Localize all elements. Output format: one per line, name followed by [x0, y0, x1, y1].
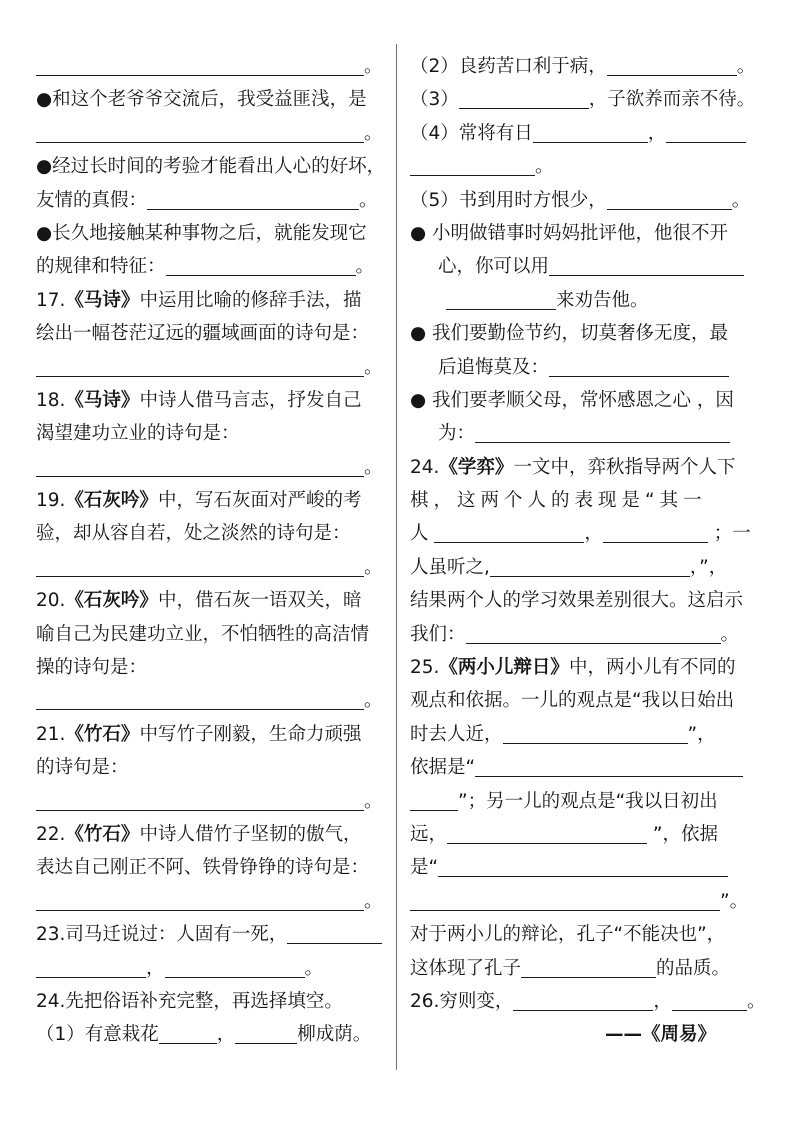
text-run: 喻自己为民建功立业，不怕牺牲的高洁情 [36, 624, 369, 645]
text-line: 。 [36, 351, 390, 384]
text-run: 。 [535, 156, 554, 177]
text-run: 。 [359, 190, 378, 211]
fill-in-blank [603, 540, 708, 543]
text-run: 。 [737, 56, 756, 77]
text-run: 来劝告他。 [556, 290, 649, 311]
fill-in-blank [36, 707, 364, 710]
text-run: 人 [410, 523, 434, 544]
fill-in-blank [36, 374, 364, 377]
text-run: 25. [410, 657, 439, 678]
text-run: 依据是“ [410, 757, 475, 778]
right-column: （2）良药苦口利于病，。（3），子欲养而亲不待。（4）常将有日，。（5）书到用时… [410, 50, 764, 1052]
fill-in-blank [466, 641, 721, 644]
text-line: 是“ [410, 851, 764, 884]
text-line: 这体现了孔子的品质。 [410, 952, 764, 985]
fill-in-blank [438, 874, 728, 877]
text-line: 表达自己刚正不阿、铁骨铮铮的诗句是： [36, 851, 390, 884]
text-run: ”，依据 [647, 824, 718, 845]
book-title: 《两小儿辩日》 [439, 657, 569, 678]
text-run: 中，写石灰面对严峻的考 [158, 490, 362, 511]
fill-in-blank [36, 140, 364, 143]
book-title: 《石灰吟》 [65, 590, 158, 611]
text-run: （5）书到用时方恨少， [410, 190, 607, 211]
text-run: 。 [364, 357, 383, 378]
text-line: 棋，这两个人的表现是“其一 [410, 484, 764, 517]
text-line: ● 我们要孝顺父母，常怀感恩之心 ，因 [410, 384, 764, 417]
text-line: 心，你可以用 [410, 250, 764, 283]
fill-in-blank [159, 1041, 217, 1044]
fill-in-blank [36, 474, 364, 477]
text-run: 。 [364, 557, 383, 578]
fill-in-blank [36, 73, 364, 76]
text-line: 喻自己为民建功立业，不怕牺牲的高洁情 [36, 618, 390, 651]
fill-in-blank [533, 140, 648, 143]
text-run: 渴望建功立业的诗句是： [36, 423, 240, 444]
text-line: 。 [36, 551, 390, 584]
text-run: ， [584, 523, 603, 544]
text-run: ， [653, 991, 672, 1012]
fill-in-blank [410, 908, 720, 911]
text-run: 24.先把俗语补充完整，再选择填空。 [36, 991, 343, 1012]
text-line: 22.《竹石》中诗人借竹子坚韧的傲气， [36, 818, 390, 851]
fill-in-blank [475, 440, 730, 443]
text-line: ● 我们要勤俭节约，切莫奢侈无度，最 [410, 317, 764, 350]
text-line: 对于两小儿的辩论，孔子“不能决也”， [410, 918, 764, 951]
text-run: ， [217, 1024, 236, 1045]
text-run: ”；另一儿的观点是“我以日初出 [458, 791, 718, 812]
text-run: 。 [356, 256, 375, 277]
text-line: 人 ， ；一 [410, 517, 764, 550]
fill-in-blank [36, 808, 364, 811]
fill-in-blank [36, 574, 364, 577]
text-run: ，”， [690, 557, 727, 578]
text-line: 的规律和特征：。 [36, 250, 390, 283]
text-run: 20. [36, 590, 65, 611]
text-line: 。 [36, 50, 390, 83]
text-line: （4）常将有日， [410, 117, 764, 150]
text-run: 为： [438, 423, 475, 444]
text-line: 验，却从容自若，处之淡然的诗句是： [36, 517, 390, 550]
fill-in-blank [235, 1041, 297, 1044]
text-line: ——《周易》 [410, 1018, 764, 1051]
text-run: 中诗人借竹子坚韧的傲气， [139, 824, 361, 845]
text-run: （1）有意栽花 [36, 1024, 159, 1045]
text-run: ● 我们要孝顺父母，常怀感恩之心 ，因 [410, 390, 734, 411]
fill-in-blank [410, 173, 535, 176]
text-run: 验，却从容自若，处之淡然的诗句是： [36, 523, 351, 544]
text-run: 观点和依据。一儿的观点是“我以日始出 [410, 690, 734, 711]
text-run: 。 [732, 190, 751, 211]
fill-in-blank [410, 808, 458, 811]
text-line: ●长久地接触某种事物之后，就能发现它 [36, 217, 390, 250]
text-run: 。 [364, 56, 383, 77]
book-title: 《马诗》 [65, 290, 139, 311]
text-run: 。 [747, 991, 766, 1012]
text-line: 18.《马诗》中诗人借马言志，抒发自己 [36, 384, 390, 417]
text-run: 的诗句是： [36, 757, 129, 778]
text-run: 一文中，弈秋指导两个人下 [513, 457, 735, 478]
text-line: 。 [36, 451, 390, 484]
text-run: 操的诗句是： [36, 657, 147, 678]
fill-in-blank [434, 540, 584, 543]
text-run: 。 [364, 891, 383, 912]
text-line: 人虽听之,，”， [410, 551, 764, 584]
text-line: 绘出一幅苍茫辽远的疆域画面的诗句是： [36, 317, 390, 350]
text-run: 中诗人借马言志，抒发自己 [139, 390, 361, 411]
fill-in-blank [165, 975, 305, 978]
text-run: 18. [36, 390, 65, 411]
text-run: 表达自己刚正不阿、铁骨铮铮的诗句是： [36, 857, 369, 878]
book-title: 《竹石》 [65, 724, 139, 745]
text-run: ， [648, 123, 667, 144]
text-line: 观点和依据。一儿的观点是“我以日始出 [410, 684, 764, 717]
text-run: ”， [688, 724, 716, 745]
text-line: 的诗句是： [36, 751, 390, 784]
text-line: 。 [36, 785, 390, 818]
text-line: 友情的真假：。 [36, 184, 390, 217]
fill-in-blank [36, 908, 364, 911]
fill-in-blank [446, 307, 556, 310]
fill-in-blank [459, 106, 589, 109]
text-line: （1）有意栽花，柳成荫。 [36, 1018, 390, 1051]
text-run: 是“ [410, 857, 438, 878]
book-title: ——《周易》 [605, 1024, 716, 1045]
fill-in-blank [447, 841, 647, 844]
fill-in-blank [666, 140, 746, 143]
text-line: ●经过长时间的考验才能看出人心的好坏， [36, 150, 390, 183]
text-run: 24. [410, 457, 439, 478]
text-run: 绘出一幅苍茫辽远的疆域画面的诗句是： [36, 323, 369, 344]
text-run: 结果两个人的学习效果差别很大。这启示 [410, 590, 743, 611]
text-line: 。 [410, 150, 764, 183]
text-run: 。 [364, 457, 383, 478]
text-line: （2）良药苦口利于病，。 [410, 50, 764, 83]
text-run: 中，借石灰一语双关，暗 [158, 590, 362, 611]
text-line: 17.《马诗》中运用比喻的修辞手法，描 [36, 284, 390, 317]
text-run: 。 [364, 690, 383, 711]
text-run: 17. [36, 290, 65, 311]
text-line: 26.穷则变，，。 [410, 985, 764, 1018]
text-line: 。 [36, 684, 390, 717]
column-divider [396, 44, 397, 1070]
text-run: 中写竹子刚毅，生命力顽强 [139, 724, 361, 745]
text-line: 24.先把俗语补充完整，再选择填空。 [36, 985, 390, 1018]
fill-in-blank [147, 207, 359, 210]
text-line: 操的诗句是： [36, 651, 390, 684]
text-run: ● 我们要勤俭节约，切莫奢侈无度，最 [410, 323, 728, 344]
fill-in-blank [549, 374, 729, 377]
left-column: 。●和这个老爷爷交流后，我受益匪浅，是。●经过长时间的考验才能看出人心的好坏，友… [36, 50, 390, 1052]
text-run: 。 [305, 958, 324, 979]
text-run: ， [146, 958, 165, 979]
fill-in-blank [607, 207, 732, 210]
book-title: 《学弈》 [439, 457, 513, 478]
text-run: 柳成荫。 [297, 1024, 371, 1045]
text-line: 24.《学弈》一文中，弈秋指导两个人下 [410, 451, 764, 484]
text-run: ●和这个老爷爷交流后，我受益匪浅，是 [36, 89, 367, 110]
text-run: 中运用比喻的修辞手法，描 [139, 290, 361, 311]
text-line: （3），子欲养而亲不待。 [410, 83, 764, 116]
text-run: 21. [36, 724, 65, 745]
text-run: ；一 [708, 523, 751, 544]
fill-in-blank [490, 574, 690, 577]
text-run: 这体现了孔子 [410, 958, 521, 979]
text-run: 心，你可以用 [438, 256, 549, 277]
text-run: （3） [410, 89, 459, 110]
fill-in-blank [672, 1008, 747, 1011]
text-run: ，子欲养而亲不待。 [589, 89, 756, 110]
text-line: 。 [36, 885, 390, 918]
text-run: 人虽听之, [410, 557, 490, 578]
text-run: 棋，这两个人的表现是“其一 [410, 490, 707, 511]
text-line: 19.《石灰吟》中，写石灰面对严峻的考 [36, 484, 390, 517]
text-line: ●和这个老爷爷交流后，我受益匪浅，是 [36, 83, 390, 116]
fill-in-blank [513, 1008, 653, 1011]
text-line: 21.《竹石》中写竹子刚毅，生命力顽强 [36, 718, 390, 751]
text-run: 19. [36, 490, 65, 511]
text-run: 时去人近， [410, 724, 503, 745]
text-line: ”；另一儿的观点是“我以日初出 [410, 785, 764, 818]
text-run: 我们： [410, 624, 466, 645]
text-run: 远， [410, 824, 447, 845]
text-line: 渴望建功立业的诗句是： [36, 417, 390, 450]
text-line: 我们：。 [410, 618, 764, 651]
text-run: 后追悔莫及： [438, 357, 549, 378]
fill-in-blank [287, 941, 382, 944]
fill-in-blank [607, 73, 737, 76]
fill-in-blank [475, 774, 743, 777]
text-run: ● 小明做错事时妈妈批评他，他很不开 [410, 223, 728, 244]
text-run: 。 [364, 791, 383, 812]
text-run: 中，两小儿有不同的 [569, 657, 736, 678]
text-line: 结果两个人的学习效果差别很大。这启示 [410, 584, 764, 617]
text-line: ● 小明做错事时妈妈批评他，他很不开 [410, 217, 764, 250]
fill-in-blank [521, 975, 656, 978]
book-title: 《马诗》 [65, 390, 139, 411]
fill-in-blank [549, 273, 744, 276]
text-run: 22. [36, 824, 65, 845]
text-run: 对于两小儿的辩论，孔子“不能决也”， [410, 924, 725, 945]
text-run: 26.穷则变， [410, 991, 513, 1012]
fill-in-blank [36, 975, 146, 978]
worksheet-page: 。●和这个老爷爷交流后，我受益匪浅，是。●经过长时间的考验才能看出人心的好坏，友… [0, 0, 793, 1122]
text-run: 。 [364, 123, 383, 144]
text-line: 25.《两小儿辩日》中，两小儿有不同的 [410, 651, 764, 684]
text-line: （5）书到用时方恨少，。 [410, 184, 764, 217]
fill-in-blank [503, 741, 688, 744]
text-run: （2）良药苦口利于病， [410, 56, 607, 77]
text-line: 依据是“ [410, 751, 764, 784]
text-line: 。 [36, 117, 390, 150]
text-line: 时去人近，”， [410, 718, 764, 751]
text-run: 的品质。 [656, 958, 730, 979]
text-run: （4）常将有日 [410, 123, 533, 144]
text-line: 远， ”，依据 [410, 818, 764, 851]
text-line: 23.司马迁说过：人固有一死， [36, 918, 390, 951]
book-title: 《石灰吟》 [65, 490, 158, 511]
text-line: 后追悔莫及： [410, 351, 764, 384]
text-run: 。 [721, 624, 740, 645]
text-line: 为： [410, 417, 764, 450]
text-run: 23.司马迁说过：人固有一死， [36, 924, 287, 945]
text-run: ”。 [720, 891, 748, 912]
text-line: 20.《石灰吟》中，借石灰一语双关，暗 [36, 584, 390, 617]
book-title: 《竹石》 [65, 824, 139, 845]
fill-in-blank [166, 273, 356, 276]
text-run: 友情的真假： [36, 190, 147, 211]
text-run: 的规律和特征： [36, 256, 166, 277]
text-line: ，。 [36, 952, 390, 985]
text-run: ●长久地接触某种事物之后，就能发现它 [36, 223, 367, 244]
text-line: 来劝告他。 [410, 284, 764, 317]
text-run: ●经过长时间的考验才能看出人心的好坏， [36, 156, 385, 177]
text-line: ”。 [410, 885, 764, 918]
